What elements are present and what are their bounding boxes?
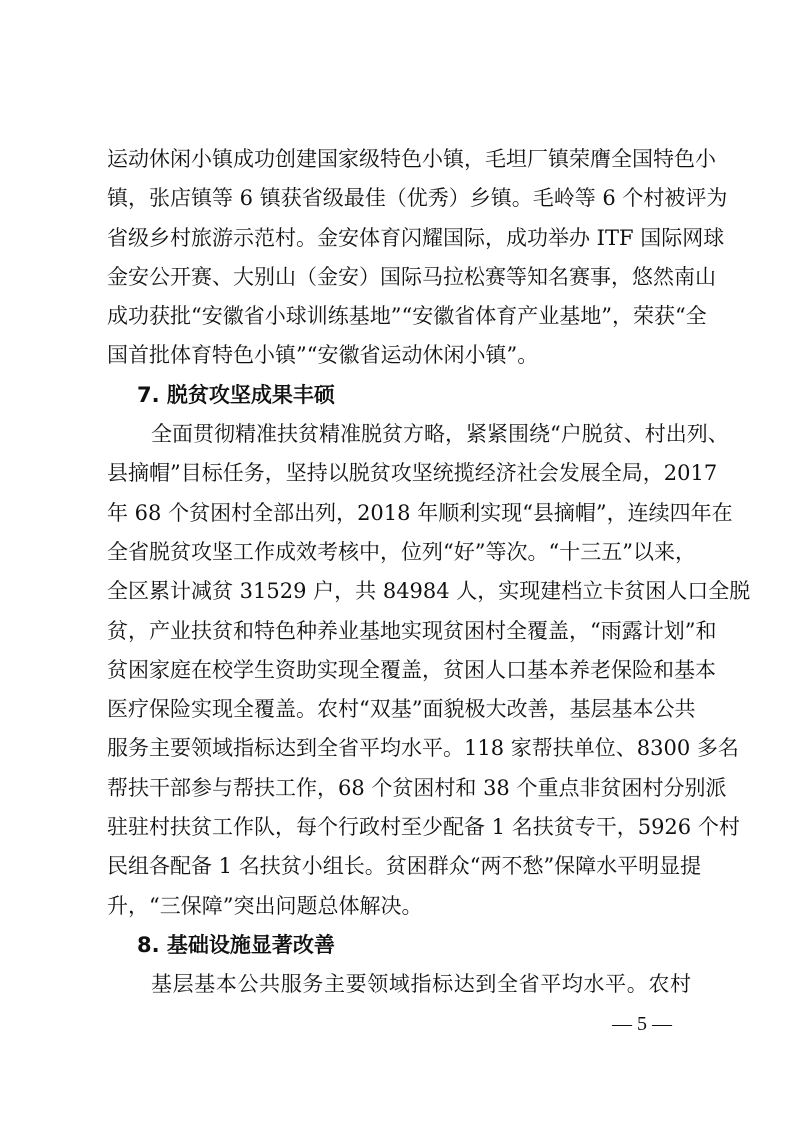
text-line: 年 68 个贫困村全部出列，2018 年顺利实现“县摘帽”，连续四年在 — [107, 494, 691, 533]
text-line: 服务主要领域指标达到全省平均水平。118 家帮扶单位、8300 多名 — [107, 729, 691, 768]
text-line: 贫困家庭在校学生资助实现全覆盖，贫困人口基本养老保险和基本 — [107, 651, 691, 690]
text-line: 贫，产业扶贫和特色种养业基地实现贫困村全覆盖，“雨露计划”和 — [107, 612, 691, 651]
paragraph-continued: 运动休闲小镇成功创建国家级特色小镇，毛坦厂镇荣膺全国特色小 镇，张店镇等 6 镇… — [107, 140, 691, 376]
text-line: 镇，张店镇等 6 镇获省级最佳（优秀）乡镇。毛岭等 6 个村被评为 — [107, 179, 691, 218]
text-line: 全省脱贫攻坚工作成效考核中，位列“好”等次。“十三五”以来， — [107, 533, 691, 572]
section-heading-8: 8. 基础设施显著改善 — [107, 926, 691, 965]
text-line: 基层基本公共服务主要领域指标达到全省平均水平。农村 — [107, 965, 691, 1004]
text-line: 全区累计减贫 31529 户，共 84984 人，实现建档立卡贫困人口全脱 — [107, 572, 691, 611]
text-line: 医疗保险实现全覆盖。农村“双基”面貌极大改善，基层基本公共 — [107, 690, 691, 729]
section-heading-7: 7. 脱贫攻坚成果丰硕 — [107, 376, 691, 415]
text-line: 民组各配备 1 名扶贫小组长。贫困群众“两不愁”保障水平明显提 — [107, 847, 691, 886]
text-line: 帮扶干部参与帮扶工作，68 个贫困村和 38 个重点非贫困村分别派 — [107, 769, 691, 808]
text-line: 运动休闲小镇成功创建国家级特色小镇，毛坦厂镇荣膺全国特色小 — [107, 140, 691, 179]
text-line: 县摘帽”目标任务，坚持以脱贫攻坚统揽经济社会发展全局，2017 — [107, 454, 691, 493]
section-8-paragraph: 基层基本公共服务主要领域指标达到全省平均水平。农村 — [107, 965, 691, 1004]
section-7-paragraph: 全面贯彻精准扶贫精准脱贫方略，紧紧围绕“户脱贫、村出列、 县摘帽”目标任务，坚持… — [107, 415, 691, 926]
text-line: 升，“三保障”突出问题总体解决。 — [107, 887, 691, 926]
text-line: 全面贯彻精准扶贫精准脱贫方略，紧紧围绕“户脱贫、村出列、 — [107, 415, 691, 454]
text-line: 成功获批“安徽省小球训练基地”“安徽省体育产业基地”，荣获“全 — [107, 297, 691, 336]
document-page: 运动休闲小镇成功创建国家级特色小镇，毛坦厂镇荣膺全国特色小 镇，张店镇等 6 镇… — [107, 140, 691, 1005]
text-line: 驻驻村扶贫工作队，每个行政村至少配备 1 名扶贫专干，5926 个村 — [107, 808, 691, 847]
text-line: 国首批体育特色小镇”“安徽省运动休闲小镇”。 — [107, 336, 691, 375]
page-number: — 5 — — [612, 1012, 672, 1036]
text-line: 金安公开赛、大别山（金安）国际马拉松赛等知名赛事，悠然南山 — [107, 258, 691, 297]
text-line: 省级乡村旅游示范村。金安体育闪耀国际，成功举办 ITF 国际网球 — [107, 219, 691, 258]
